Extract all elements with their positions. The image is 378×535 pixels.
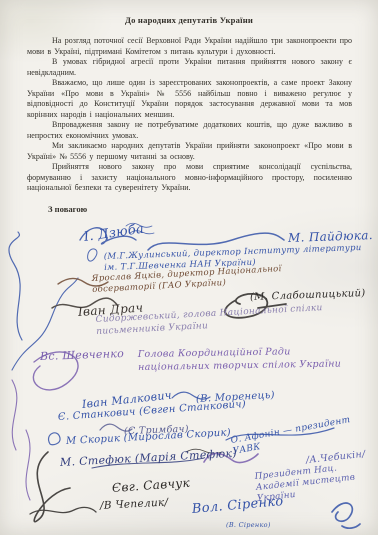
paragraph: Впровадження закону не потребуватиме дод… bbox=[27, 120, 352, 141]
scanned-letter-page: До народних депутатів України На розгляд… bbox=[0, 0, 378, 535]
signature-sirenko-printed: (В. Сіренко) bbox=[226, 521, 271, 529]
document-title: До народних депутатів України bbox=[0, 15, 378, 25]
paragraph: Прийняття нового закону про мови сприяти… bbox=[27, 162, 352, 194]
signature-annotation-koordrada: Голова Координаційної Ради національних … bbox=[138, 344, 348, 374]
paragraph: В умовах гібридної агресії проти України… bbox=[27, 57, 352, 78]
paragraph: Ми закликаємо народних депутатів України… bbox=[27, 141, 352, 162]
paragraph: Вважаємо, що лише один із зареєстрованих… bbox=[27, 78, 352, 120]
closing-salutation: З повагою bbox=[48, 204, 378, 214]
letter-body: На розгляд поточної сесії Верховної Ради… bbox=[27, 36, 352, 194]
paragraph: На розгляд поточної сесії Верховної Ради… bbox=[27, 36, 352, 57]
